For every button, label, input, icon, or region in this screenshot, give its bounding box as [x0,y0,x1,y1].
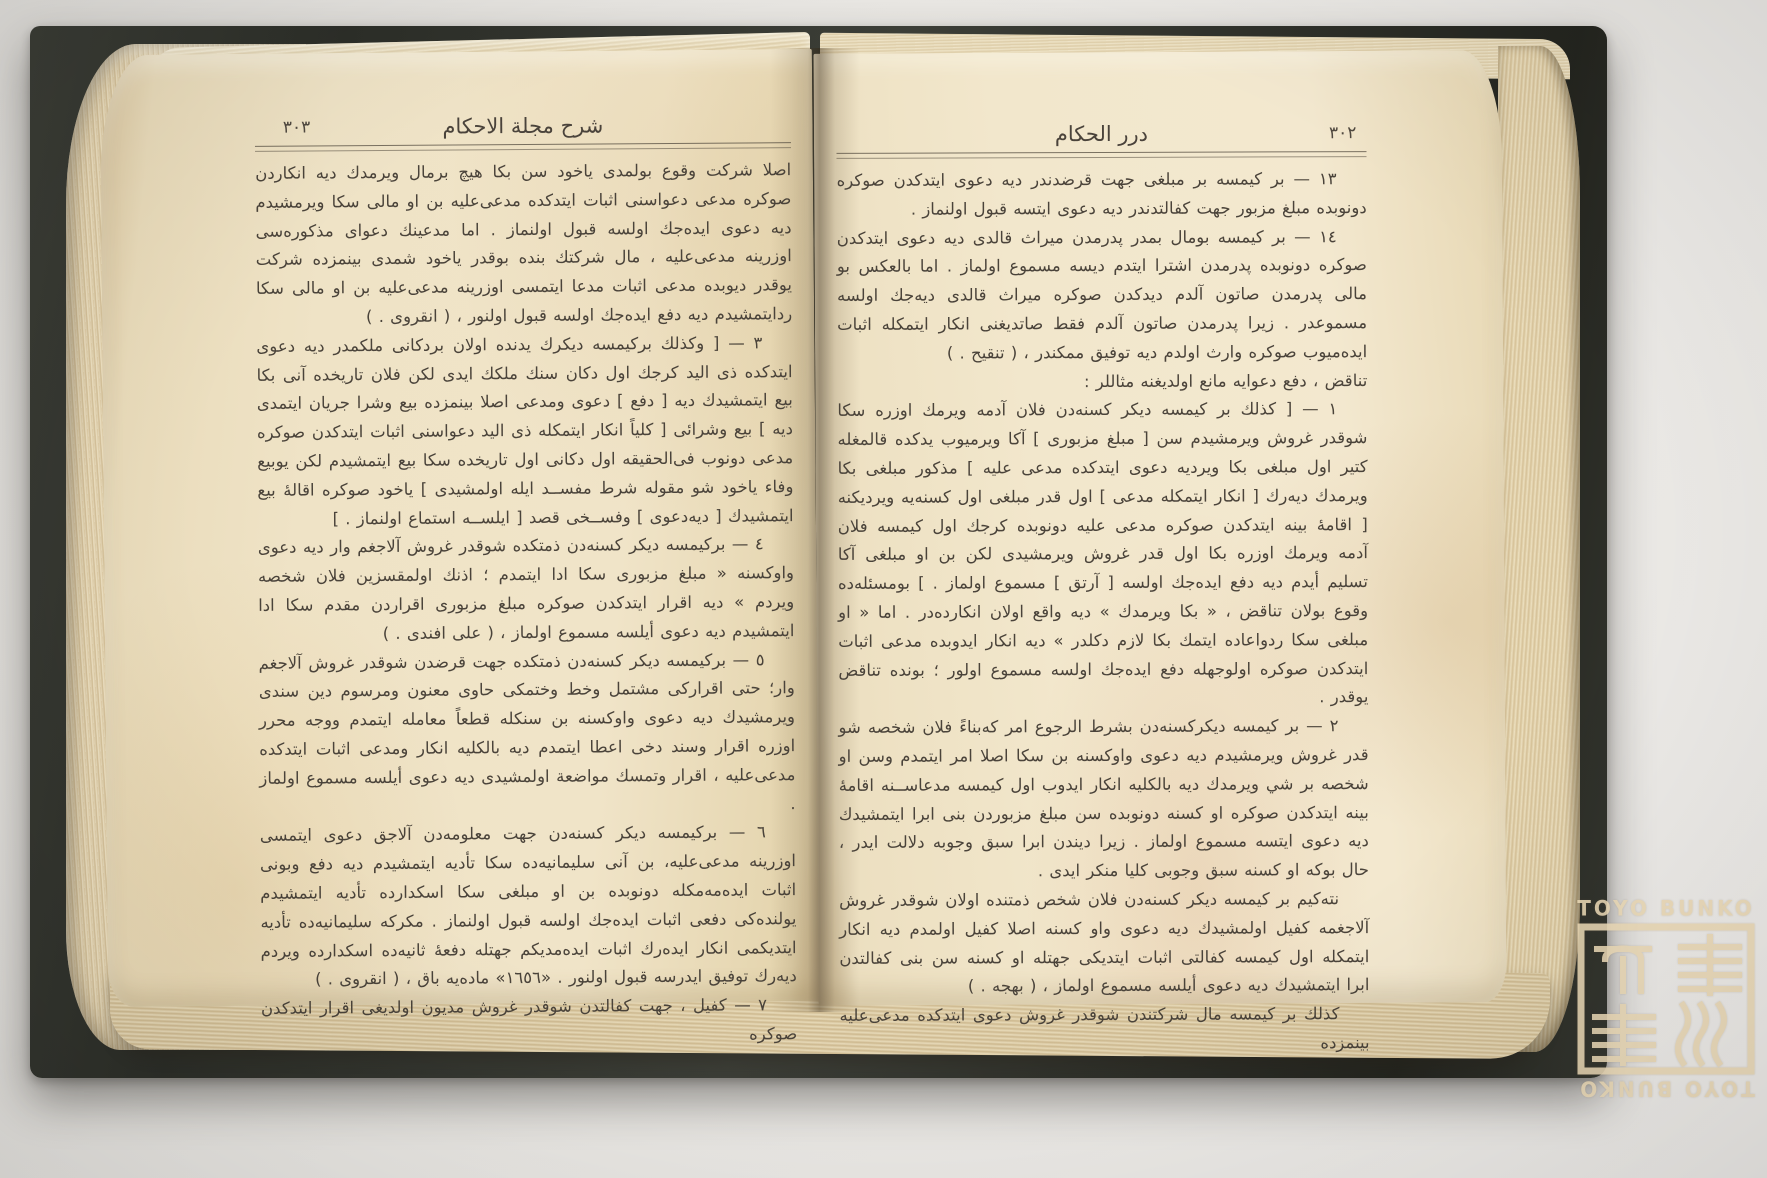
right-header-rule [836,151,1366,159]
right-page-title: درر الحكام [1055,122,1148,146]
body-paragraph: تناقض ، دفع دعوايه مانع اولديغنه مثاللر … [837,367,1367,398]
right-page-content: درر الحكام ٣٠٢ ١٣ — بر كيمسه بر مبلغى جه… [836,111,1369,1060]
right-page-body: ١٣ — بر كيمسه بر مبلغى جهت قرضدندر ديه د… [837,165,1370,1060]
right-page-number: ٣٠٢ [1329,123,1356,143]
left-header-rule [255,142,791,152]
body-paragraph: كذلك بر كيمسه مال شركتندن شوقدر غروش دعو… [839,1000,1369,1059]
right-page-header: درر الحكام ٣٠٢ [836,111,1366,147]
toyo-bunko-label-bottom: TOYO BUNKO [1568,1076,1764,1101]
page-edges-right [1498,46,1580,1052]
body-paragraph: ٢ — بر كيمسه ديكركسنه‌دن بشرط الرجوع امر… [838,712,1369,887]
body-paragraph: ٧ — كفيل ، جهت كفالتدن شوقدر غروش مديون … [261,991,797,1052]
left-page-number: ٣٠٣ [283,117,311,137]
left-page-title: شرح مجلة الاحكام [442,113,603,138]
body-paragraph: ١٣ — بر كيمسه بر مبلغى جهت قرضدندر ديه د… [837,165,1367,224]
body-paragraph: ٣ — [ وكذلك بركيمسه ديكرك يدنده اولان بر… [256,329,793,534]
left-page-header: ٣٠٣ شرح مجلة الاحكام [255,102,791,140]
body-paragraph: ٦ — بركيمسه ديكر كسنه‌دن جهت معلومه‌دن آ… [260,818,797,995]
body-paragraph: ١ — [ كذلك بر كيمسه ديكر كسنه‌دن فلان آد… [837,395,1368,714]
left-page-content: ٣٠٣ شرح مجلة الاحكام اصلا شركت وقوع بولم… [255,102,798,1052]
body-paragraph: اصلا شركت وقوع بولمدى ياخود سن بكا هيچ ب… [255,156,792,333]
body-paragraph: ٤ — بركيمسه ديكر كسنه‌دن ذمتكده شوقدر غر… [258,530,795,649]
body-paragraph: ٥ — بركيمسه ديكر كسنه‌دن ذمتكده جهت قرضد… [258,646,795,823]
photo-background: ٣٠٣ شرح مجلة الاحكام اصلا شركت وقوع بولم… [0,0,1767,1178]
left-page-body: اصلا شركت وقوع بولمدى ياخود سن بكا هيچ ب… [255,156,797,1052]
body-paragraph: ١٤ — بر كيمسه بومال بمدر پدرمدن ميراث قا… [837,223,1367,369]
body-paragraph: نته‌كيم بر كيمسه ديكر كسنه‌دن فلان شخص ذ… [839,885,1369,1002]
